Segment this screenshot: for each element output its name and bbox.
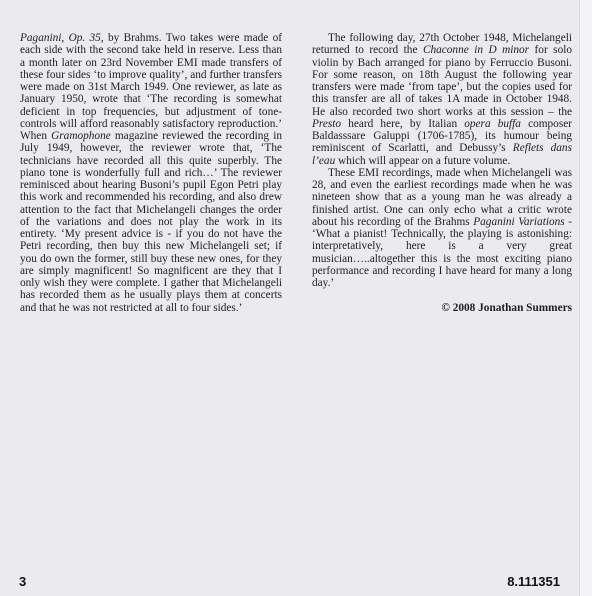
genre-term: opera buffa <box>464 118 521 130</box>
work-title: Paganini <box>20 32 61 44</box>
paragraph: The following day, 27th October 1948, Mi… <box>312 32 572 167</box>
copyright-signature: © 2008 Jonathan Summers <box>312 302 572 314</box>
page-number: 3 <box>19 574 26 589</box>
paragraph: These EMI recordings, made when Michelan… <box>312 167 572 290</box>
work-title: Presto <box>312 118 341 130</box>
work-title: Chaconne in D minor <box>423 44 529 56</box>
work-title: Paganini Variations <box>473 216 564 228</box>
catalogue-number: 8.111351 <box>507 574 560 589</box>
page-edge <box>579 0 592 596</box>
magazine-title: Gramophone <box>51 130 111 142</box>
right-column: The following day, 27th October 1948, Mi… <box>312 32 572 315</box>
left-column: Paganini, Op. 35, by Brahms. Two takes w… <box>20 32 282 314</box>
paragraph: Paganini, Op. 35, by Brahms. Two takes w… <box>20 32 282 314</box>
opus-number: Op. 35 <box>69 32 101 44</box>
